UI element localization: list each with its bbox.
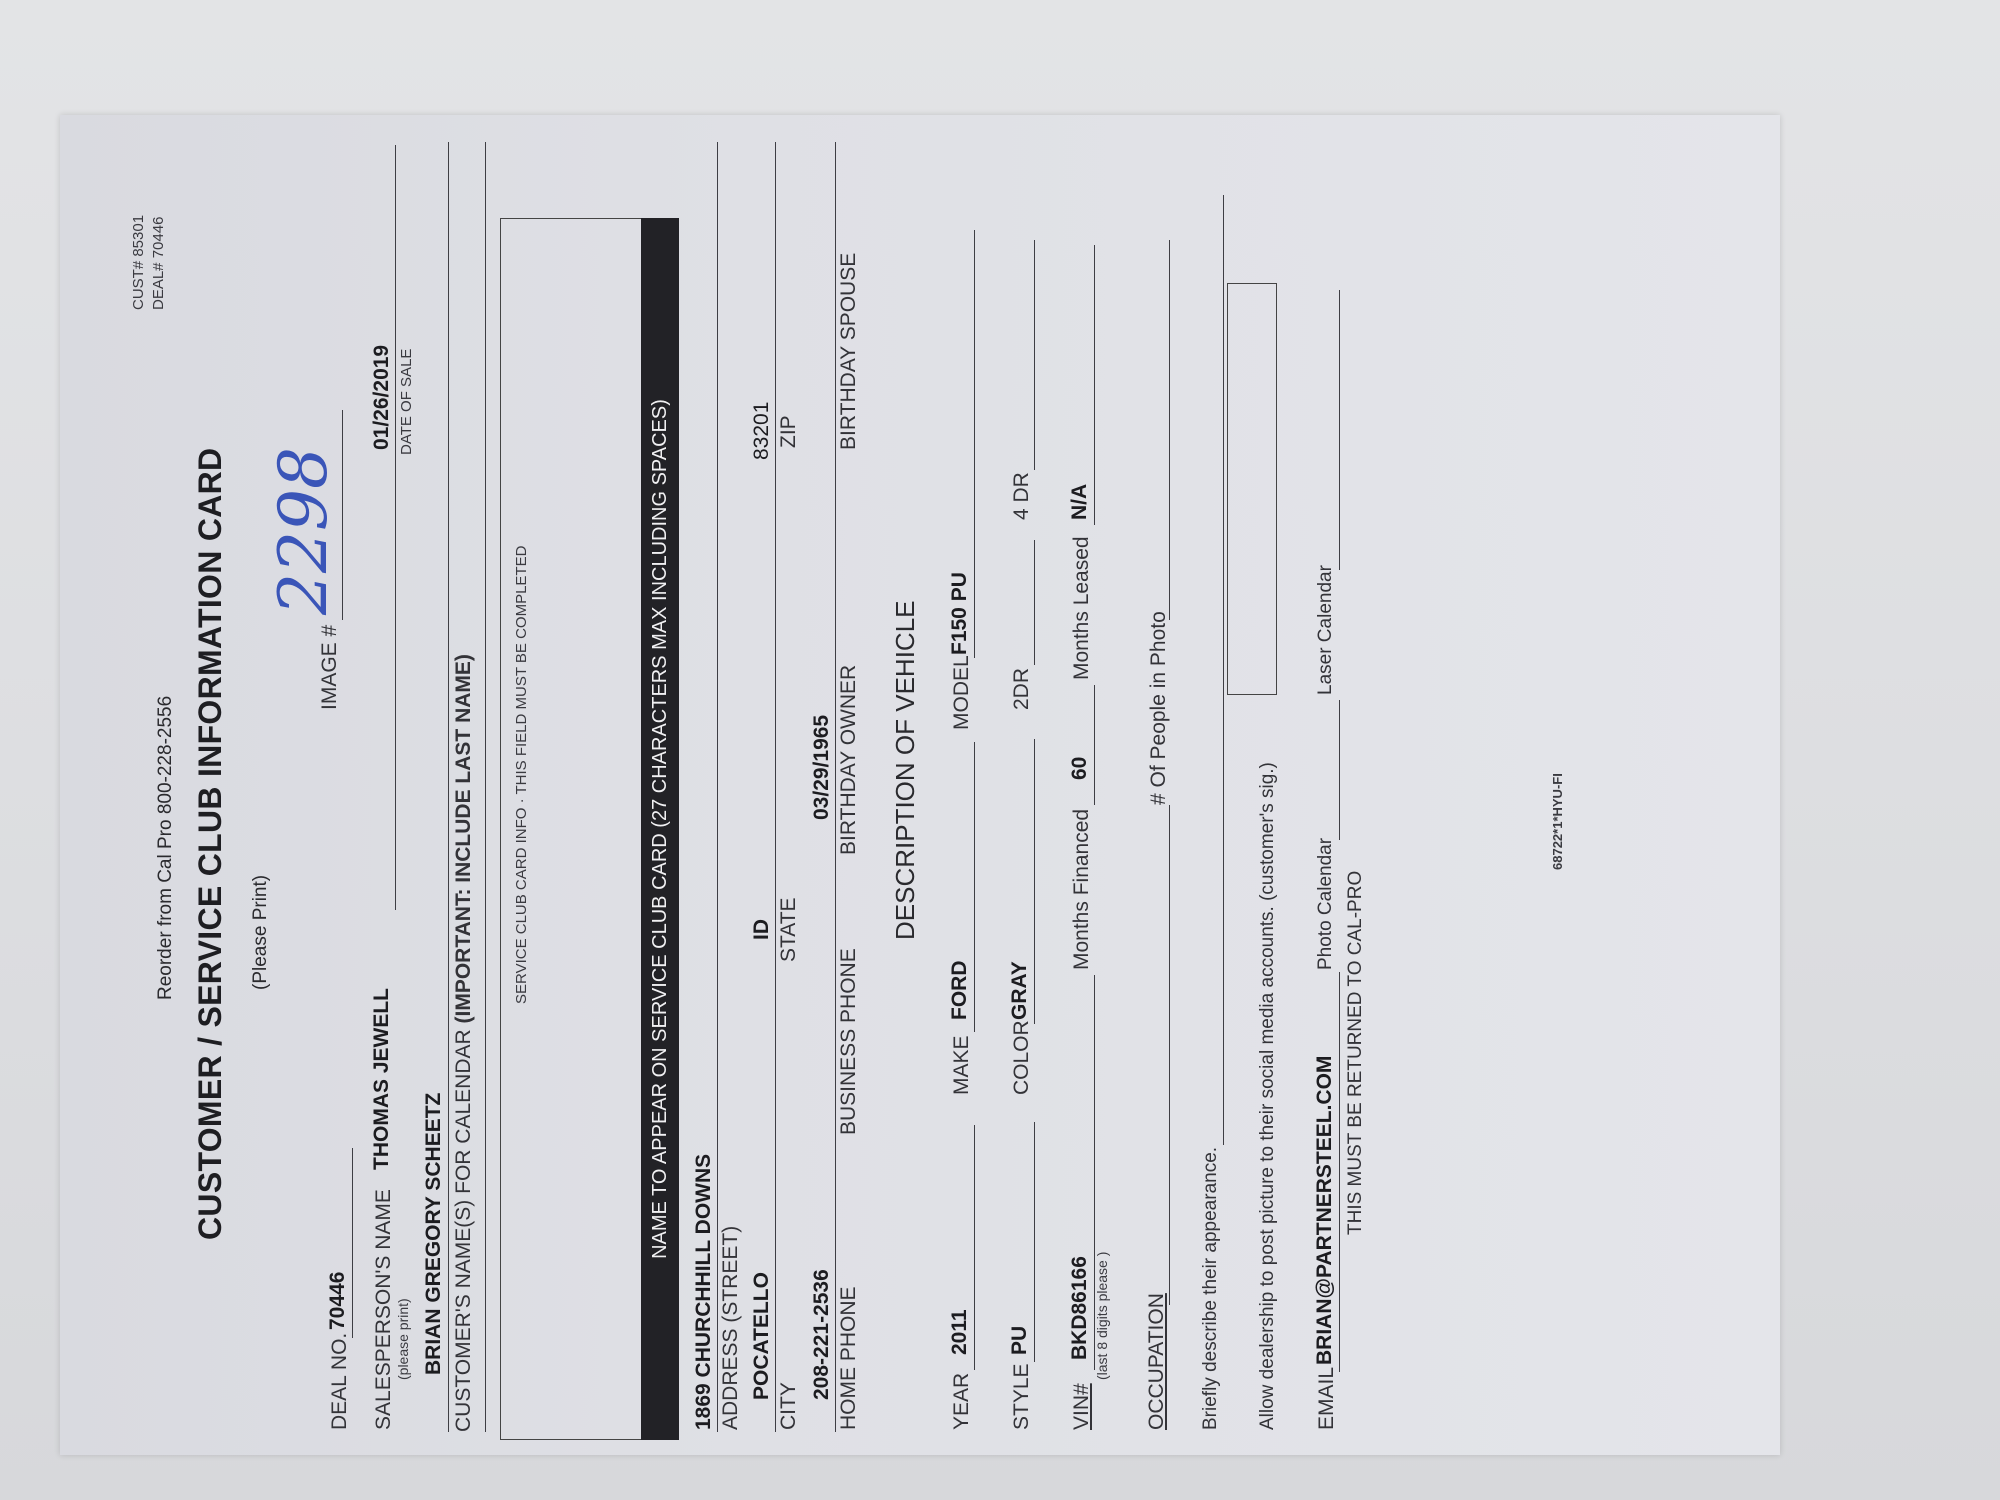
photo-calendar-line	[1339, 700, 1340, 840]
laser-calendar-label: Laser Calendar	[1315, 565, 1337, 695]
form-lower-section: OCCUPATION # Of People in Photo Briefly …	[1145, 120, 2000, 1470]
laser-calendar-line	[1339, 290, 1340, 570]
photo-calendar-label: Photo Calendar	[1315, 838, 1337, 970]
occupation-line	[1169, 805, 1170, 1305]
occupation-label: OCCUPATION	[1145, 1293, 1169, 1430]
email-value[interactable]: BRIAN@PARTNERSTEEL.COM	[1313, 1056, 1337, 1365]
appearance-line	[1223, 195, 1224, 1145]
people-in-photo-line	[1169, 240, 1170, 620]
email-label: EMAIL	[1315, 1367, 1339, 1430]
form-continuation: OCCUPATION # Of People in Photo Briefly …	[60, 115, 1780, 1455]
form-code: 68722*1*HYU-FI	[1550, 773, 1565, 870]
email-line	[1339, 972, 1340, 1372]
customer-signature-box[interactable]	[1227, 283, 1277, 695]
return-note: THIS MUST BE RETURNED TO CAL-PRO	[1345, 871, 1367, 1235]
people-in-photo-label: # Of People in Photo	[1147, 611, 1171, 805]
social-media-consent-label: Allow dealership to post picture to thei…	[1257, 762, 1279, 1430]
appearance-label: Briefly describe their appearance.	[1200, 1147, 1222, 1430]
